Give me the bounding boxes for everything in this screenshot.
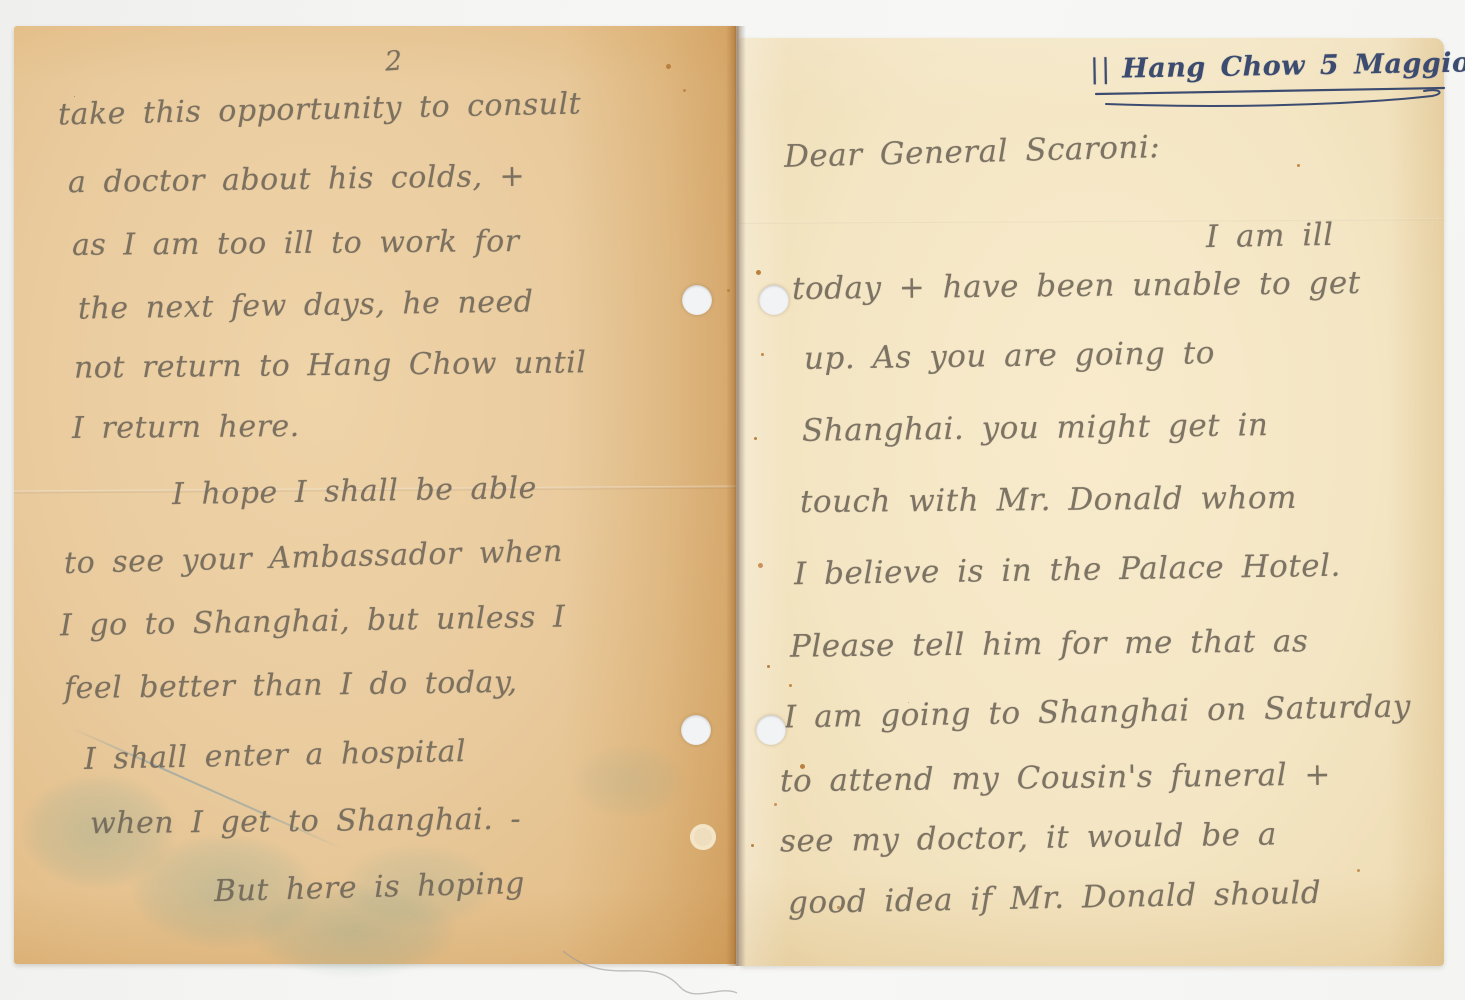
handwritten-line: not return to Hang Chow until: [74, 345, 587, 385]
letter-page-left: 2 take this opportunity to consult a doc…: [14, 26, 736, 964]
dateline-place-date: Hang Chow 5 Maggio 1937: [1122, 46, 1465, 85]
handwritten-line: I return here.: [72, 409, 300, 446]
punch-hole: [681, 715, 711, 745]
teal-stain: [574, 746, 684, 816]
handwritten-line: I am going to Shanghai on Saturday: [784, 689, 1411, 736]
handwritten-line: up. As you are going to: [804, 335, 1215, 377]
handwritten-line: I hope I shall be able: [172, 471, 537, 512]
handwritten-line: touch with Mr. Donald whom: [800, 480, 1297, 520]
punch-hole: [682, 285, 712, 315]
letter-photo: 2 take this opportunity to consult a doc…: [0, 0, 1465, 1000]
handwritten-line: the next few days, he need: [78, 284, 534, 326]
handwritten-line: take this opportunity to consult: [58, 87, 582, 133]
handwritten-line: I shall enter a hospital: [84, 734, 467, 777]
horizontal-crease: [740, 218, 1444, 224]
dateline-underline-flourish: [1092, 86, 1452, 112]
handwritten-line: today + have been unable to get: [792, 265, 1361, 307]
page-number: 2: [384, 45, 404, 77]
handwritten-line: feel better than I do today,: [64, 665, 518, 706]
punch-hole: [759, 285, 789, 315]
handwritten-line: Shanghai. you might get in: [802, 407, 1269, 449]
ghost-punch-hole: [690, 824, 716, 850]
punch-hole: [756, 715, 786, 745]
handwritten-line: as I am too ill to work for: [72, 224, 520, 263]
handwritten-line: good idea if Mr. Donald should: [788, 875, 1322, 921]
handwritten-line: I go to Shanghai, but unless I: [60, 600, 566, 644]
rust-speck: [756, 270, 761, 275]
handwritten-line: a doctor about his colds, +: [68, 159, 526, 200]
handwritten-line: Please tell him for me that as: [790, 623, 1309, 664]
handwritten-line: to see your Ambassador when: [64, 534, 564, 581]
letter-page-right: ||Hang Chow 5 Maggio 1937 Dear General S…: [740, 38, 1444, 966]
handwritten-line: see my doctor, it would be a: [780, 817, 1277, 860]
center-fold-shadow: [726, 26, 746, 966]
handwritten-line: I am ill: [1206, 217, 1334, 255]
stray-hair: [555, 945, 745, 1000]
dateline: ||Hang Chow 5 Maggio 1937: [1090, 46, 1465, 85]
rust-speck: [666, 64, 671, 69]
dateline-tick-mark: ||: [1090, 54, 1113, 85]
handwritten-line: to attend my Cousin's funeral +: [780, 757, 1331, 800]
handwritten-line: I believe is in the Palace Hotel.: [794, 548, 1341, 593]
handwritten-line: when I get to Shanghai. -: [90, 802, 521, 842]
salutation: Dear General Scaroni:: [784, 129, 1161, 175]
